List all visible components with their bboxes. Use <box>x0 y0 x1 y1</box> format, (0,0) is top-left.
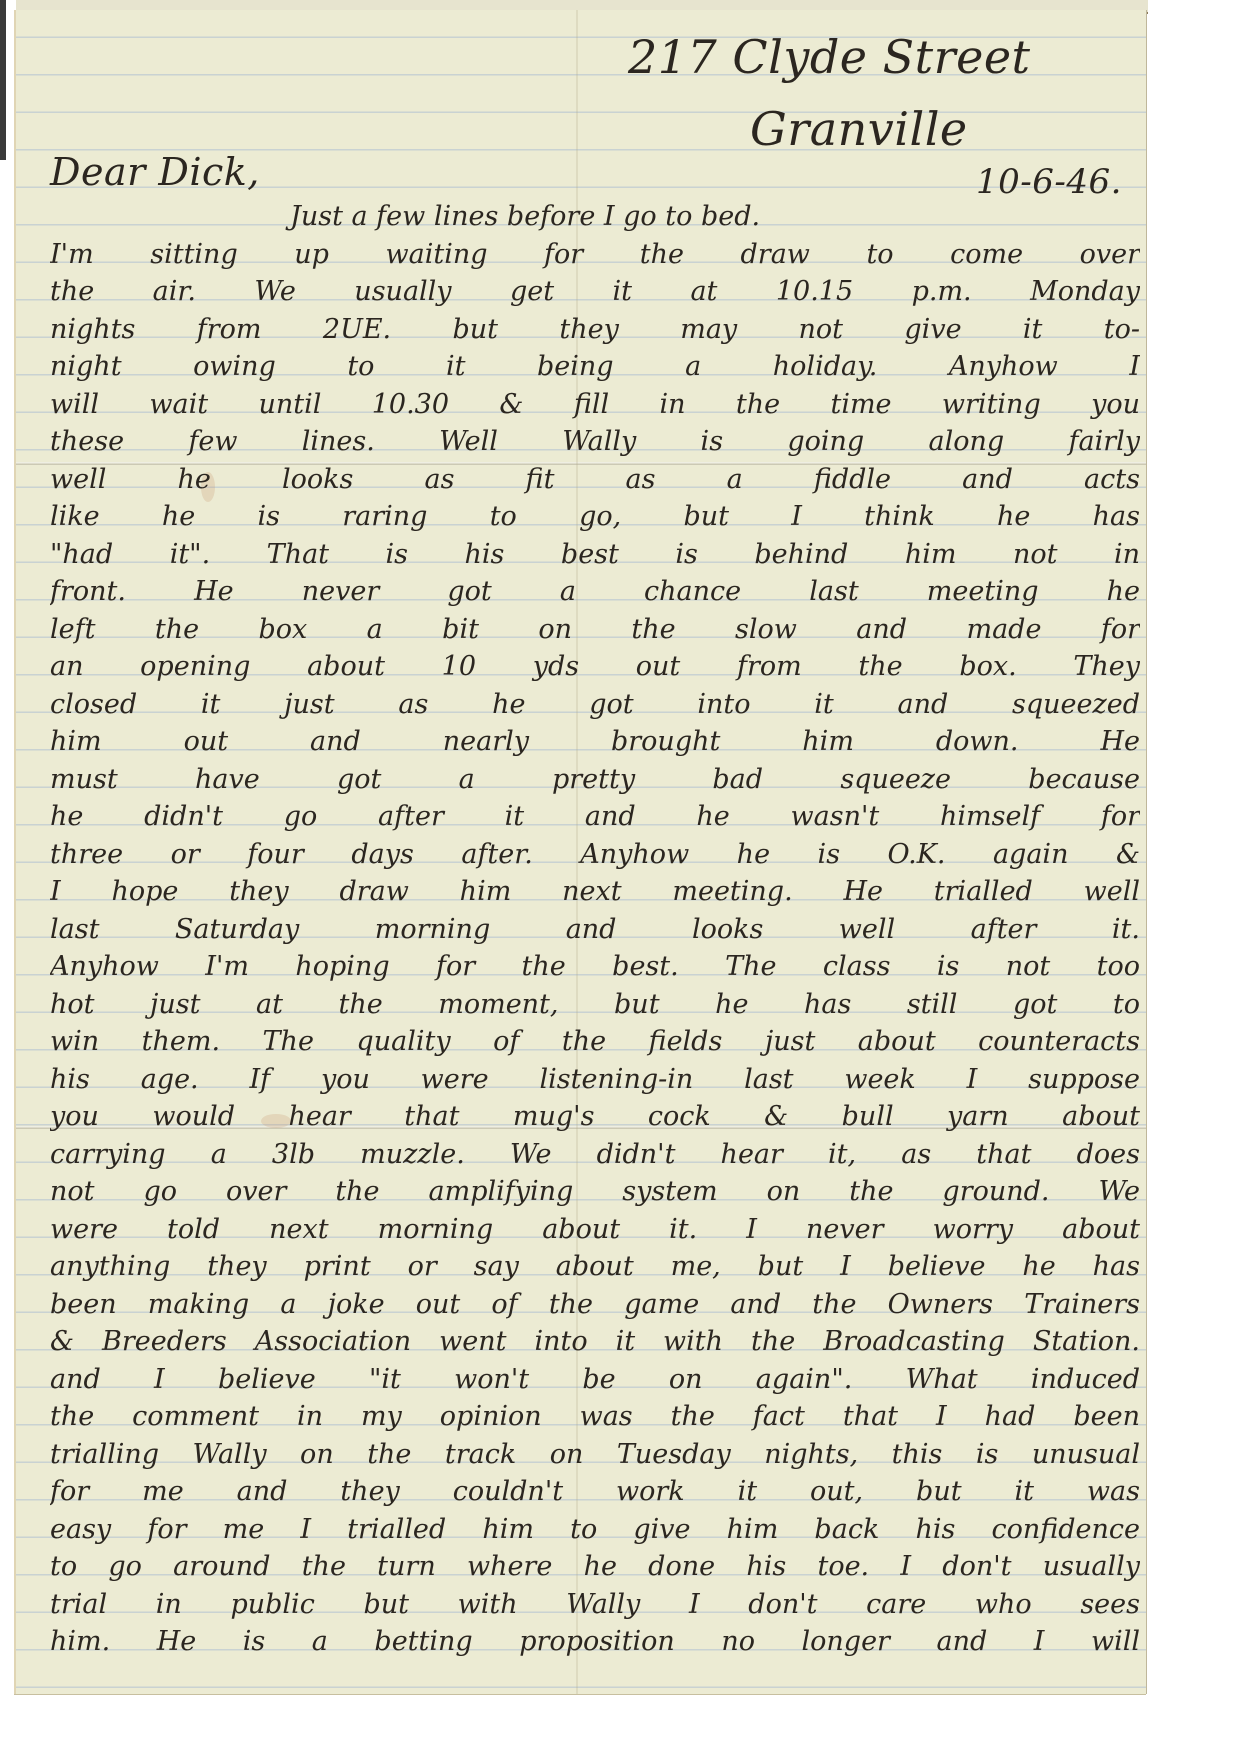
body-line: him out and nearly brought him down. He <box>50 723 1140 761</box>
scan-edge <box>0 0 6 160</box>
body-line: and I believe "it won't be on again". Wh… <box>50 1361 1140 1399</box>
body-line: will wait until 10.30 & fill in the time… <box>50 386 1140 424</box>
body-line: easy for me I trialled him to give him b… <box>50 1511 1140 1549</box>
body-line: must have got a pretty bad squeeze becau… <box>50 761 1140 799</box>
letter-date: 10-6-46. <box>976 162 1122 202</box>
body-line: last Saturday morning and looks well aft… <box>50 911 1140 949</box>
body-line: the comment in my opinion was the fact t… <box>50 1398 1140 1436</box>
letter-page: 217 Clyde Street Granville 10-6-46. Dear… <box>14 10 1146 1694</box>
body-line: an opening about 10 yds out from the box… <box>50 648 1140 686</box>
address-street: 217 Clyde Street <box>628 34 1031 80</box>
body-line: I hope they draw him next meeting. He tr… <box>50 873 1140 911</box>
body-line: hot just at the moment, but he has still… <box>50 986 1140 1024</box>
body-line: well he looks as fit as a fiddle and act… <box>50 461 1140 499</box>
body-line: him. He is a betting proposition no long… <box>50 1623 1140 1661</box>
body-line: I'm sitting up waiting for the draw to c… <box>50 236 1140 274</box>
body-line: like he is raring to go, but I think he … <box>50 498 1140 536</box>
body-line: for me and they couldn't work it out, bu… <box>50 1473 1140 1511</box>
body-line: trialling Wally on the track on Tuesday … <box>50 1436 1140 1474</box>
body-line: carrying a 3lb muzzle. We didn't hear it… <box>50 1136 1140 1174</box>
body-line: left the box a bit on the slow and made … <box>50 611 1140 649</box>
body-line: Anyhow I'm hoping for the best. The clas… <box>50 948 1140 986</box>
letter-body: Just a few lines before I go to bed. I'm… <box>50 198 1140 1661</box>
body-line: the air. We usually get it at 10.15 p.m.… <box>50 273 1140 311</box>
body-line: three or four days after. Anyhow he is O… <box>50 836 1140 874</box>
body-line: front. He never got a chance last meetin… <box>50 573 1140 611</box>
body-line: night owing to it being a holiday. Anyho… <box>50 348 1140 386</box>
body-line: you would hear that mug's cock & bull ya… <box>50 1098 1140 1136</box>
body-line: trial in public but with Wally I don't c… <box>50 1586 1140 1624</box>
body-line: closed it just as he got into it and squ… <box>50 686 1140 724</box>
body-line: anything they print or say about me, but… <box>50 1248 1140 1286</box>
body-line: been making a joke out of the game and t… <box>50 1286 1140 1324</box>
body-line: to go around the turn where he done his … <box>50 1548 1140 1586</box>
body-line: not go over the amplifying system on the… <box>50 1173 1140 1211</box>
body-line: win them. The quality of the fields just… <box>50 1023 1140 1061</box>
body-line: his age. If you were listening-in last w… <box>50 1061 1140 1099</box>
body-line: these few lines. Well Wally is going alo… <box>50 423 1140 461</box>
address-suburb: Granville <box>750 106 968 152</box>
salutation: Dear Dick, <box>50 150 260 194</box>
body-line: he didn't go after it and he wasn't hims… <box>50 798 1140 836</box>
body-line: & Breeders Association went into it with… <box>50 1323 1140 1361</box>
body-line: nights from 2UE. but they may not give i… <box>50 311 1140 349</box>
body-line: were told next morning about it. I never… <box>50 1211 1140 1249</box>
body-line: Just a few lines before I go to bed. <box>50 198 1140 236</box>
body-line: "had it". That is his best is behind him… <box>50 536 1140 574</box>
